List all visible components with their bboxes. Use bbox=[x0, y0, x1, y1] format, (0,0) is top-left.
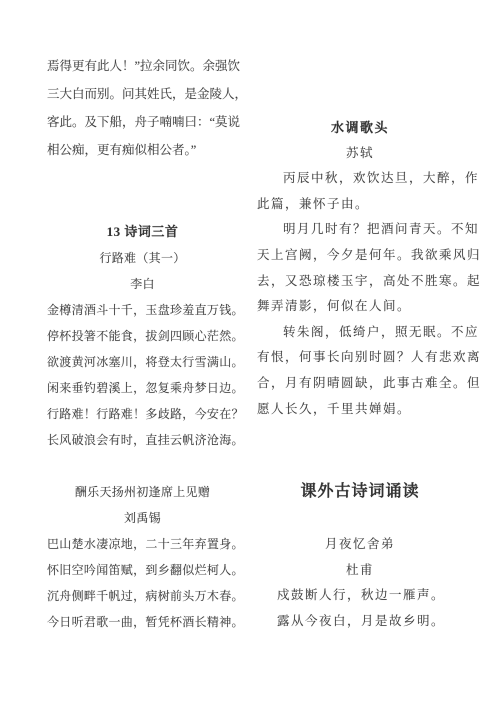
poem-line: 去，又恐琼楼玉宇，高处不胜寒。起 bbox=[257, 269, 484, 295]
poem2-title: 酬乐天扬州初逢席上见赠 bbox=[47, 479, 238, 505]
poem-line: 此篇，兼怀子由。 bbox=[257, 192, 484, 218]
poem-line: 长风破浪会有时，直挂云帆济沧海。 bbox=[47, 427, 238, 453]
poem-line: 沉舟侧畔千帆过，病树前头万木春。 bbox=[47, 583, 238, 609]
prose-line: 三大白而别。问其姓氏，是金陵人， bbox=[47, 80, 238, 108]
poem-line: 合，月有阴晴圆缺，此事古难全。但 bbox=[257, 371, 484, 397]
poem4-title: 月夜忆舍弟 bbox=[257, 532, 463, 558]
poem-line: 舞弄清影，何似在人间。 bbox=[257, 294, 484, 320]
poem-line: 转朱阁，低绮户，照无眠。不应 bbox=[257, 320, 484, 346]
poem-line: 明月几时有？把酒问青天。不知 bbox=[257, 217, 484, 243]
section-heading: 课外古诗词诵读 bbox=[257, 479, 463, 505]
poem-line: 戍鼓断人行，秋边一雁声。 bbox=[257, 583, 484, 609]
poem-line: 有恨，何事长向别时圆？人有悲欢离 bbox=[257, 345, 484, 371]
poem-line: 欲渡黄河冰塞川，将登太行雪满山。 bbox=[47, 349, 238, 375]
poem1-title: 行路难（其一） bbox=[47, 245, 238, 271]
right-column: 水调歌头 苏轼 丙辰中秋，欢饮达旦，大醉，作 此篇，兼怀子由。 明月几时有？把酒… bbox=[257, 115, 484, 635]
poem-line: 天上宫阙，今夕是何年。我欲乘风归 bbox=[257, 243, 484, 269]
poem-line: 怀旧空吟闻笛赋，到乡翻似烂柯人。 bbox=[47, 557, 238, 583]
poem-line: 停杯投箸不能食，拔剑四顾心茫然。 bbox=[47, 323, 238, 349]
poem-line: 行路难！行路难！多歧路，今安在？ bbox=[47, 401, 238, 427]
poem-line: 巴山楚水凄凉地，二十三年弃置身。 bbox=[47, 531, 238, 557]
document-page: 焉得更有此人！”拉余同饮。余强饮 三大白而别。问其姓氏，是金陵人， 客此。及下船… bbox=[0, 0, 500, 708]
prose-line: 相公痴，更有痴似相公者。” bbox=[47, 136, 238, 164]
poem3-title: 水调歌头 bbox=[257, 115, 463, 141]
poem-line: 今日听君歌一曲，暂凭杯酒长精神。 bbox=[47, 609, 238, 635]
poem-line: 金樽清酒斗十千，玉盘珍羞直万钱。 bbox=[47, 297, 238, 323]
prose-line: 焉得更有此人！”拉余同饮。余强饮 bbox=[47, 52, 238, 80]
lesson-heading: 13 诗词三首 bbox=[47, 219, 238, 245]
prose-line: 客此。及下船，舟子喃喃曰：“莫说 bbox=[47, 108, 238, 136]
poem2-author: 刘禹锡 bbox=[47, 505, 238, 531]
poem-line: 愿人长久，千里共婵娟。 bbox=[257, 397, 484, 423]
poem1-author: 李白 bbox=[47, 271, 238, 297]
poem3-author: 苏轼 bbox=[257, 141, 463, 167]
poem4-author: 杜甫 bbox=[257, 558, 463, 584]
left-column: 焉得更有此人！”拉余同饮。余强饮 三大白而别。问其姓氏，是金陵人， 客此。及下船… bbox=[47, 52, 238, 635]
poem-line: 闲来垂钓碧溪上，忽复乘舟梦日边。 bbox=[47, 375, 238, 401]
poem-line: 丙辰中秋，欢饮达旦，大醉，作 bbox=[257, 166, 484, 192]
poem-line: 露从今夜白，月是故乡明。 bbox=[257, 609, 484, 635]
